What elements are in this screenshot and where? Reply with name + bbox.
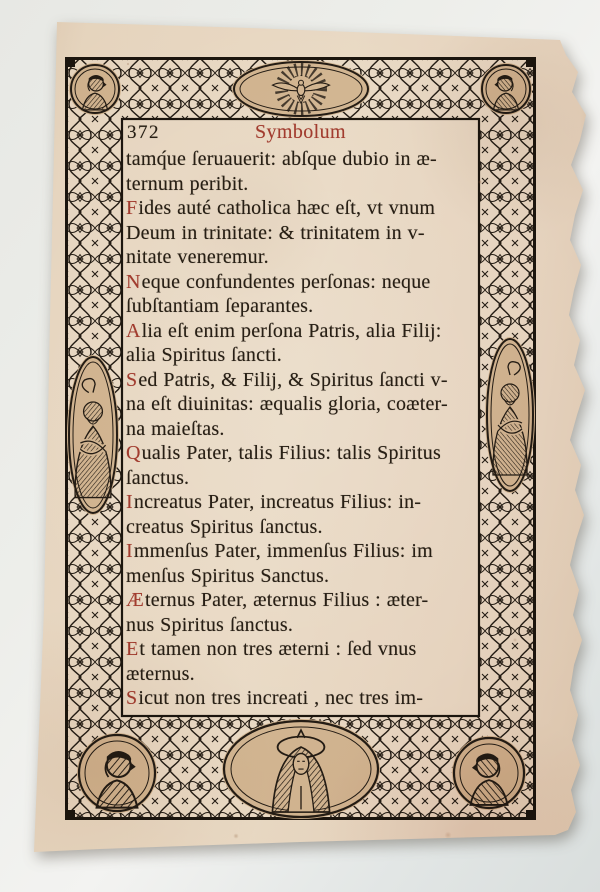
top-right-bust-medallion-icon	[480, 63, 532, 115]
line-text: alia Spiritus ſancti.	[126, 344, 282, 366]
line-text: na maieſtas.	[126, 418, 225, 440]
text-line: menſus Spiritus Sanctus.	[122, 564, 479, 589]
line-text: ternus Pater, æternus Filius : æter-	[145, 589, 428, 611]
line-text: ncreatus Pater, increatus Filius: in-	[134, 491, 421, 513]
text-line: ſanctus.	[122, 466, 479, 491]
text-line: alia Spiritus ſancti.	[122, 343, 479, 368]
line-text: creatus Spiritus ſanctus.	[126, 516, 323, 538]
rubric-initial: N	[126, 271, 142, 293]
line-text: Deum in trinitate: & trinitatem in v-	[126, 222, 425, 244]
line-text: lia eſt enim perſona Patris, alia Filij:	[142, 320, 442, 342]
rubric-initial: F	[126, 197, 138, 219]
line-text: menſus Spiritus Sanctus.	[126, 565, 329, 587]
line-text: t tamen non tres æterni : ſed vnus	[139, 638, 416, 660]
line-text: mmenſus Pater, immenſus Filius: im	[134, 540, 433, 562]
text-line: Deum in trinitate: & trinitatem in v-	[122, 221, 479, 246]
line-text: na eſt diuinitas: æqualis gloria, coæter…	[126, 393, 448, 415]
inner-frame-rule	[122, 119, 479, 716]
line-text: ſanctus.	[126, 467, 189, 489]
text-line: Alia eſt enim perſona Patris, alia Filij…	[122, 319, 479, 344]
text-column: tamq́ue ſeruauerit: abſque dubio in æ-te…	[122, 147, 479, 711]
rubric-initial: I	[126, 491, 134, 513]
text-line: Immenſus Pater, immenſus Filius: im	[122, 539, 479, 564]
text-line: Neque confundentes perſonas: neque	[122, 270, 479, 295]
text-line: Qualis Pater, talis Filius: talis Spirit…	[122, 441, 479, 466]
book-page: 372 Symbolum tamq́ue ſeruauerit: abſque …	[0, 0, 600, 892]
rubric-initial: S	[126, 687, 138, 709]
line-text: eque confundentes perſonas: neque	[142, 271, 431, 293]
left-prophet-medallion-icon	[67, 355, 119, 515]
rubric-initial: A	[126, 320, 142, 342]
text-line: Fides auté catholica hæc eſt, vt vnum	[122, 196, 479, 221]
text-line: Sicut non tres increati , nec tres im-	[122, 686, 479, 711]
rubric-initial: I	[126, 540, 134, 562]
bottom-left-bust-medallion-icon	[77, 733, 157, 813]
line-text: icut non tres increati , nec tres im-	[138, 687, 423, 709]
running-title: Symbolum	[122, 121, 479, 144]
left-border-band	[68, 119, 122, 716]
line-text: ſubſtantiam ſeparantes.	[126, 295, 313, 317]
text-line: Et tamen non tres æterni : ſed vnus	[122, 637, 479, 662]
madonna-medallion-icon	[222, 719, 380, 819]
top-border-band	[68, 60, 533, 119]
line-text: ides auté catholica hæc eſt, vt vnum	[138, 197, 435, 219]
text-line: na maieſtas.	[122, 417, 479, 442]
text-line: creatus Spiritus ſanctus.	[122, 515, 479, 540]
text-line: æternus.	[122, 662, 479, 687]
text-line: tamq́ue ſeruauerit: abſque dubio in æ-	[122, 147, 479, 172]
photo-backdrop: { "page": { "number": "372", "running_ti…	[0, 0, 600, 892]
frame-corner-blocks	[65, 57, 536, 820]
rubric-initial: S	[126, 369, 138, 391]
bottom-right-bust-medallion-icon	[452, 736, 526, 810]
line-text: æternus.	[126, 663, 195, 685]
outer-frame-rule	[67, 59, 535, 819]
line-text: ternum peribit.	[126, 173, 248, 195]
woodcut-border	[65, 57, 536, 820]
right-border-band	[479, 119, 533, 716]
page-number: 372	[127, 122, 160, 144]
right-prophet-medallion-icon	[485, 337, 535, 493]
rubric-initial: E	[126, 638, 139, 660]
line-text: tamq́ue ſeruauerit: abſque dubio in æ-	[126, 148, 437, 170]
page-shadow-wrap: 372 Symbolum tamq́ue ſeruauerit: abſque …	[0, 0, 600, 892]
text-line: nitate veneremur.	[122, 245, 479, 270]
text-line: ternum peribit.	[122, 172, 479, 197]
text-line: Æternus Pater, æternus Filius : æter-	[122, 588, 479, 613]
bottom-border-band	[68, 716, 533, 817]
top-left-bust-medallion-icon	[69, 63, 121, 115]
text-line: ſubſtantiam ſeparantes.	[122, 294, 479, 319]
line-text: nus Spiritus ſanctus.	[126, 614, 293, 636]
line-text: nitate veneremur.	[126, 246, 269, 268]
text-line: na eſt diuinitas: æqualis gloria, coæter…	[122, 392, 479, 417]
rubric-initial: Q	[126, 442, 142, 464]
text-line: Increatus Pater, increatus Filius: in-	[122, 490, 479, 515]
text-line: nus Spiritus ſanctus.	[122, 613, 479, 638]
text-line: Sed Patris, & Filij, & Spiritus ſancti v…	[122, 368, 479, 393]
line-text: ualis Pater, talis Filius: talis Spiritu…	[142, 442, 441, 464]
rubric-initial: Æ	[126, 589, 145, 611]
holy-spirit-dove-icon	[232, 60, 370, 118]
woodcut-border-frame: 372 Symbolum tamq́ue ſeruauerit: abſque …	[65, 57, 536, 820]
running-header: 372 Symbolum	[122, 121, 479, 145]
line-text: ed Patris, & Filij, & Spiritus ſancti v-	[138, 369, 447, 391]
